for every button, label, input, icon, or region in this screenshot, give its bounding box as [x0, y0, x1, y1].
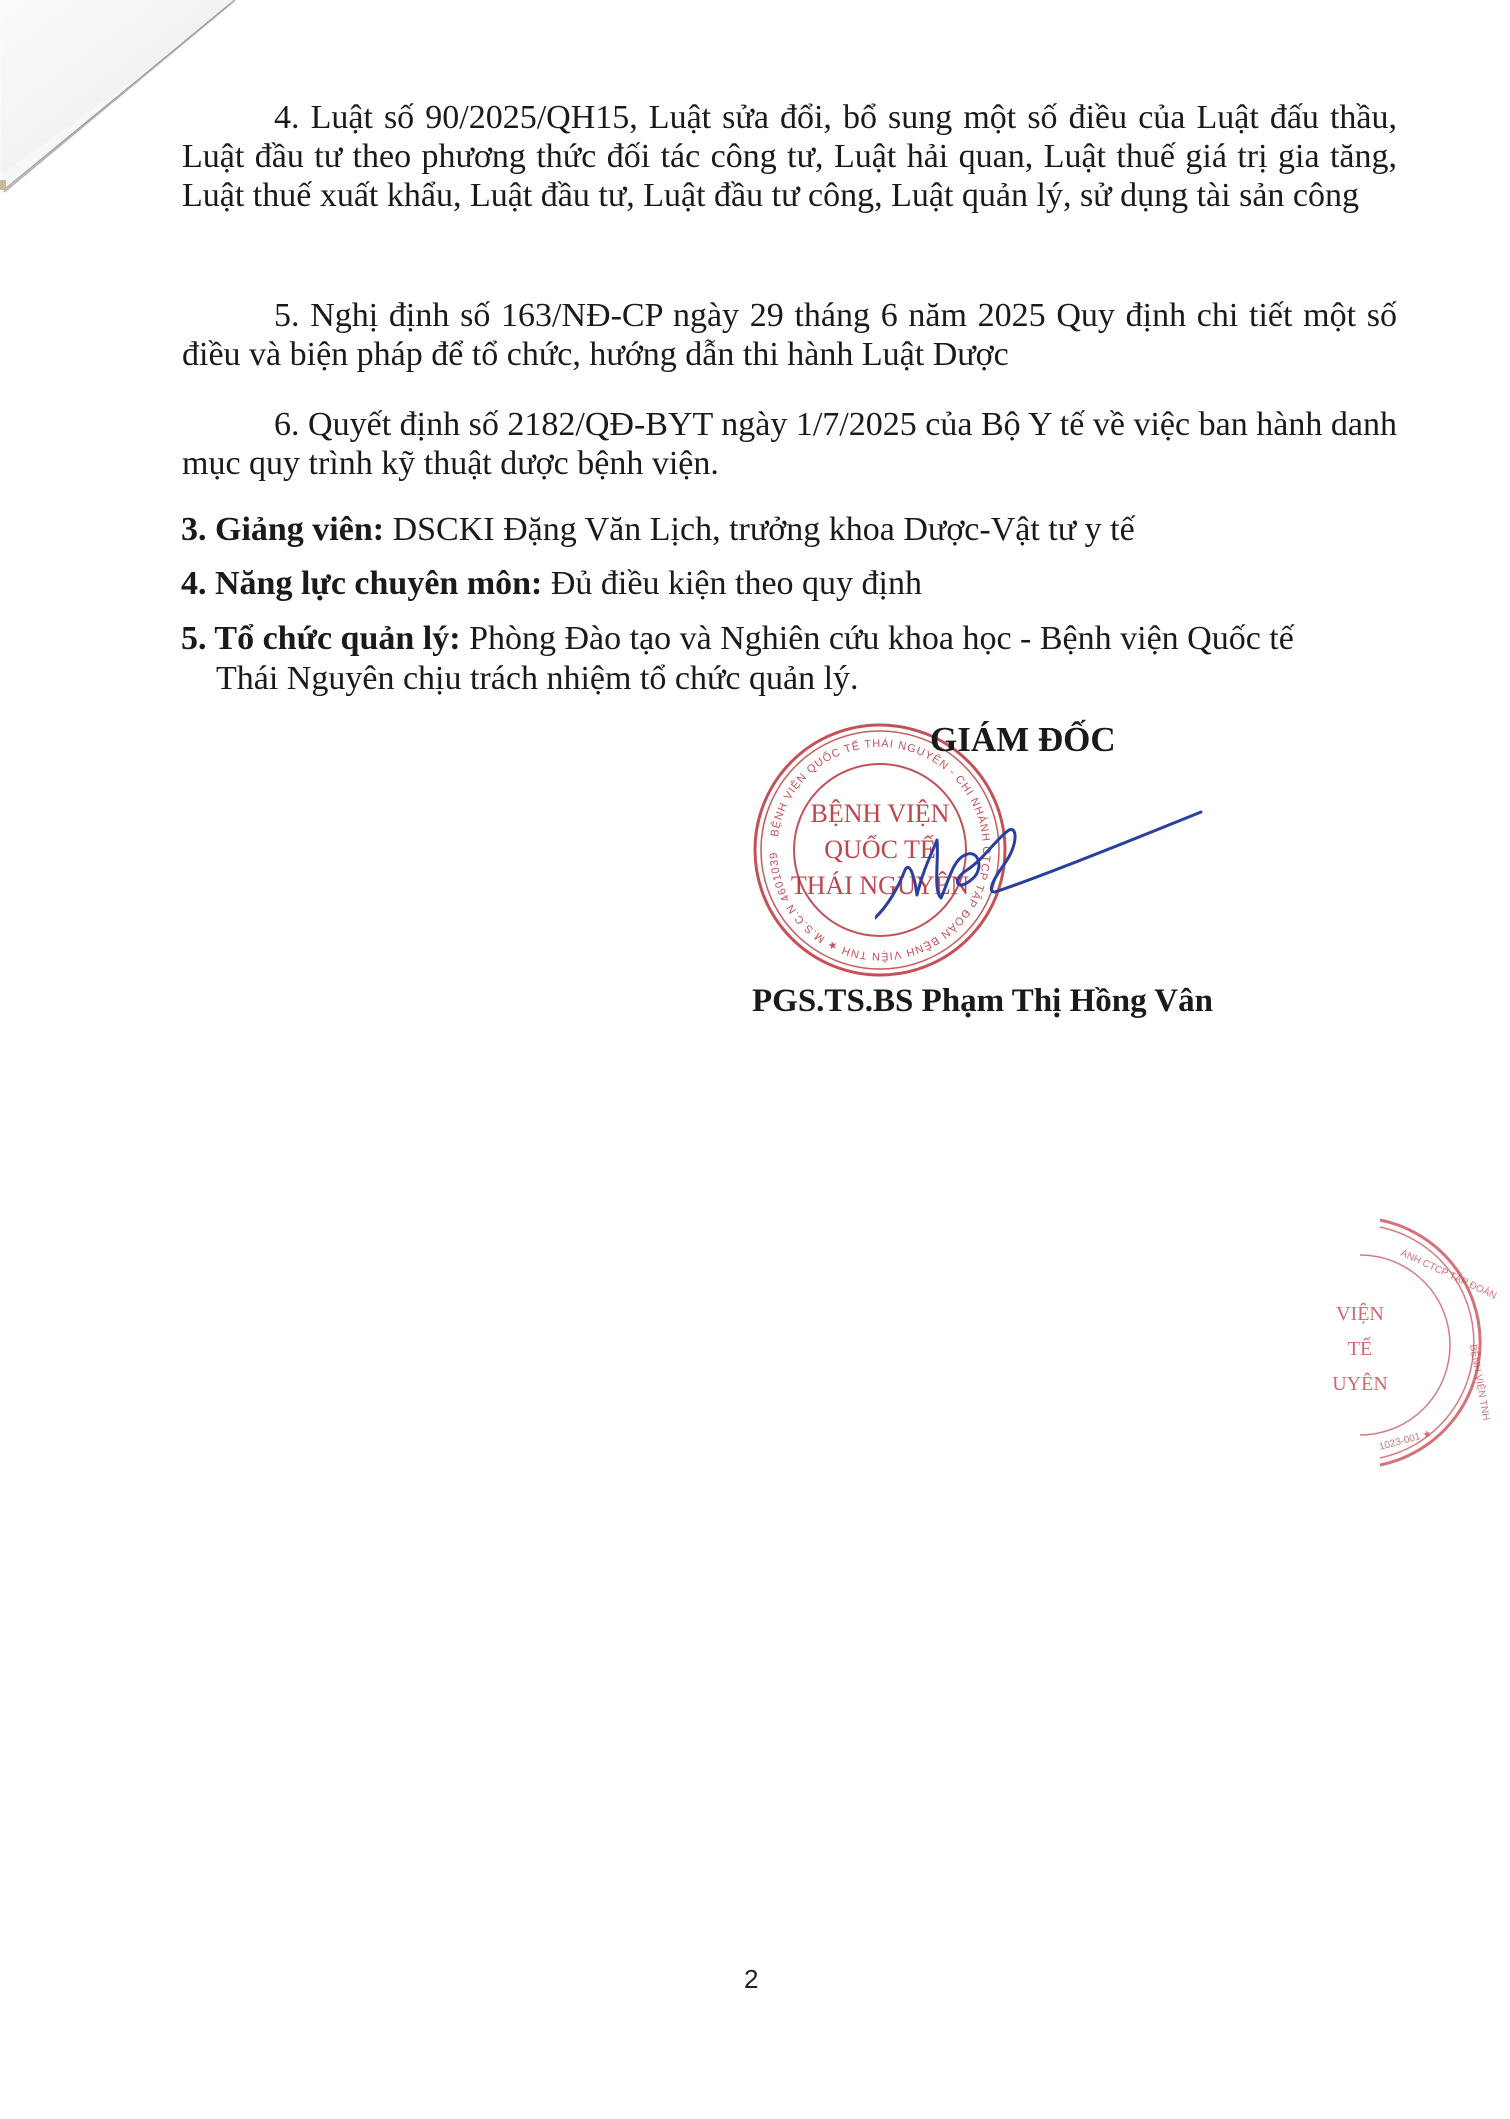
svg-text:BỆNH VIỆN TNH: BỆNH VIỆN TNH [1467, 1343, 1493, 1421]
reference-item-6: 6. Quyết định số 2182/QĐ-BYT ngày 1/7/20… [182, 405, 1397, 483]
handwritten-signature-icon [875, 800, 1205, 930]
svg-text:UYÊN: UYÊN [1332, 1372, 1388, 1395]
section-label: 5. Tổ chức quản lý: [181, 620, 461, 657]
section-value: Phòng Đào tạo và Nghiên cứu khoa học - B… [469, 620, 1294, 657]
section-value-continuation: Thái Nguyên chịu trách nhiệm tổ chức quả… [181, 659, 1411, 699]
section-value: Đủ điều kiện theo quy định [551, 565, 922, 602]
reference-item-5: 5. Nghị định số 163/NĐ-CP ngày 29 tháng … [182, 296, 1397, 374]
signer-title: GIÁM ĐỐC [930, 720, 1116, 760]
reference-item-4: 4. Luật số 90/2025/QH15, Luật sửa đổi, b… [182, 98, 1397, 215]
svg-text:VIỆN: VIỆN [1336, 1302, 1384, 1325]
signer-name: PGS.TS.BS Phạm Thị Hồng Vân [752, 983, 1213, 1020]
partial-stamp-icon: ANH CTCP TẬP ĐOÀN BỆNH VIỆN TNH 1023-001… [1320, 1195, 1510, 1485]
section-label: 4. Năng lực chuyên môn: [181, 565, 542, 602]
page-number: 2 [744, 1964, 758, 1995]
section-value: DSCKI Đặng Văn Lịch, trưởng khoa Dược-Vậ… [393, 511, 1135, 548]
svg-text:ANH CTCP TẬP ĐOÀN: ANH CTCP TẬP ĐOÀN [1399, 1246, 1499, 1302]
page-edge [0, 180, 6, 190]
svg-text:TẾ: TẾ [1348, 1336, 1372, 1360]
section-label: 3. Giảng viên: [181, 511, 384, 548]
section-competence: 4. Năng lực chuyên môn: Đủ điều kiện the… [181, 564, 1411, 604]
section-management: 5. Tổ chức quản lý: Phòng Đào tạo và Ngh… [181, 619, 1411, 699]
section-lecturer: 3. Giảng viên: DSCKI Đặng Văn Lịch, trưở… [181, 510, 1411, 550]
signature-block: BỆNH VIỆN QUỐC TẾ THÁI NGUYÊN - CHI NHÁN… [720, 700, 1320, 1040]
